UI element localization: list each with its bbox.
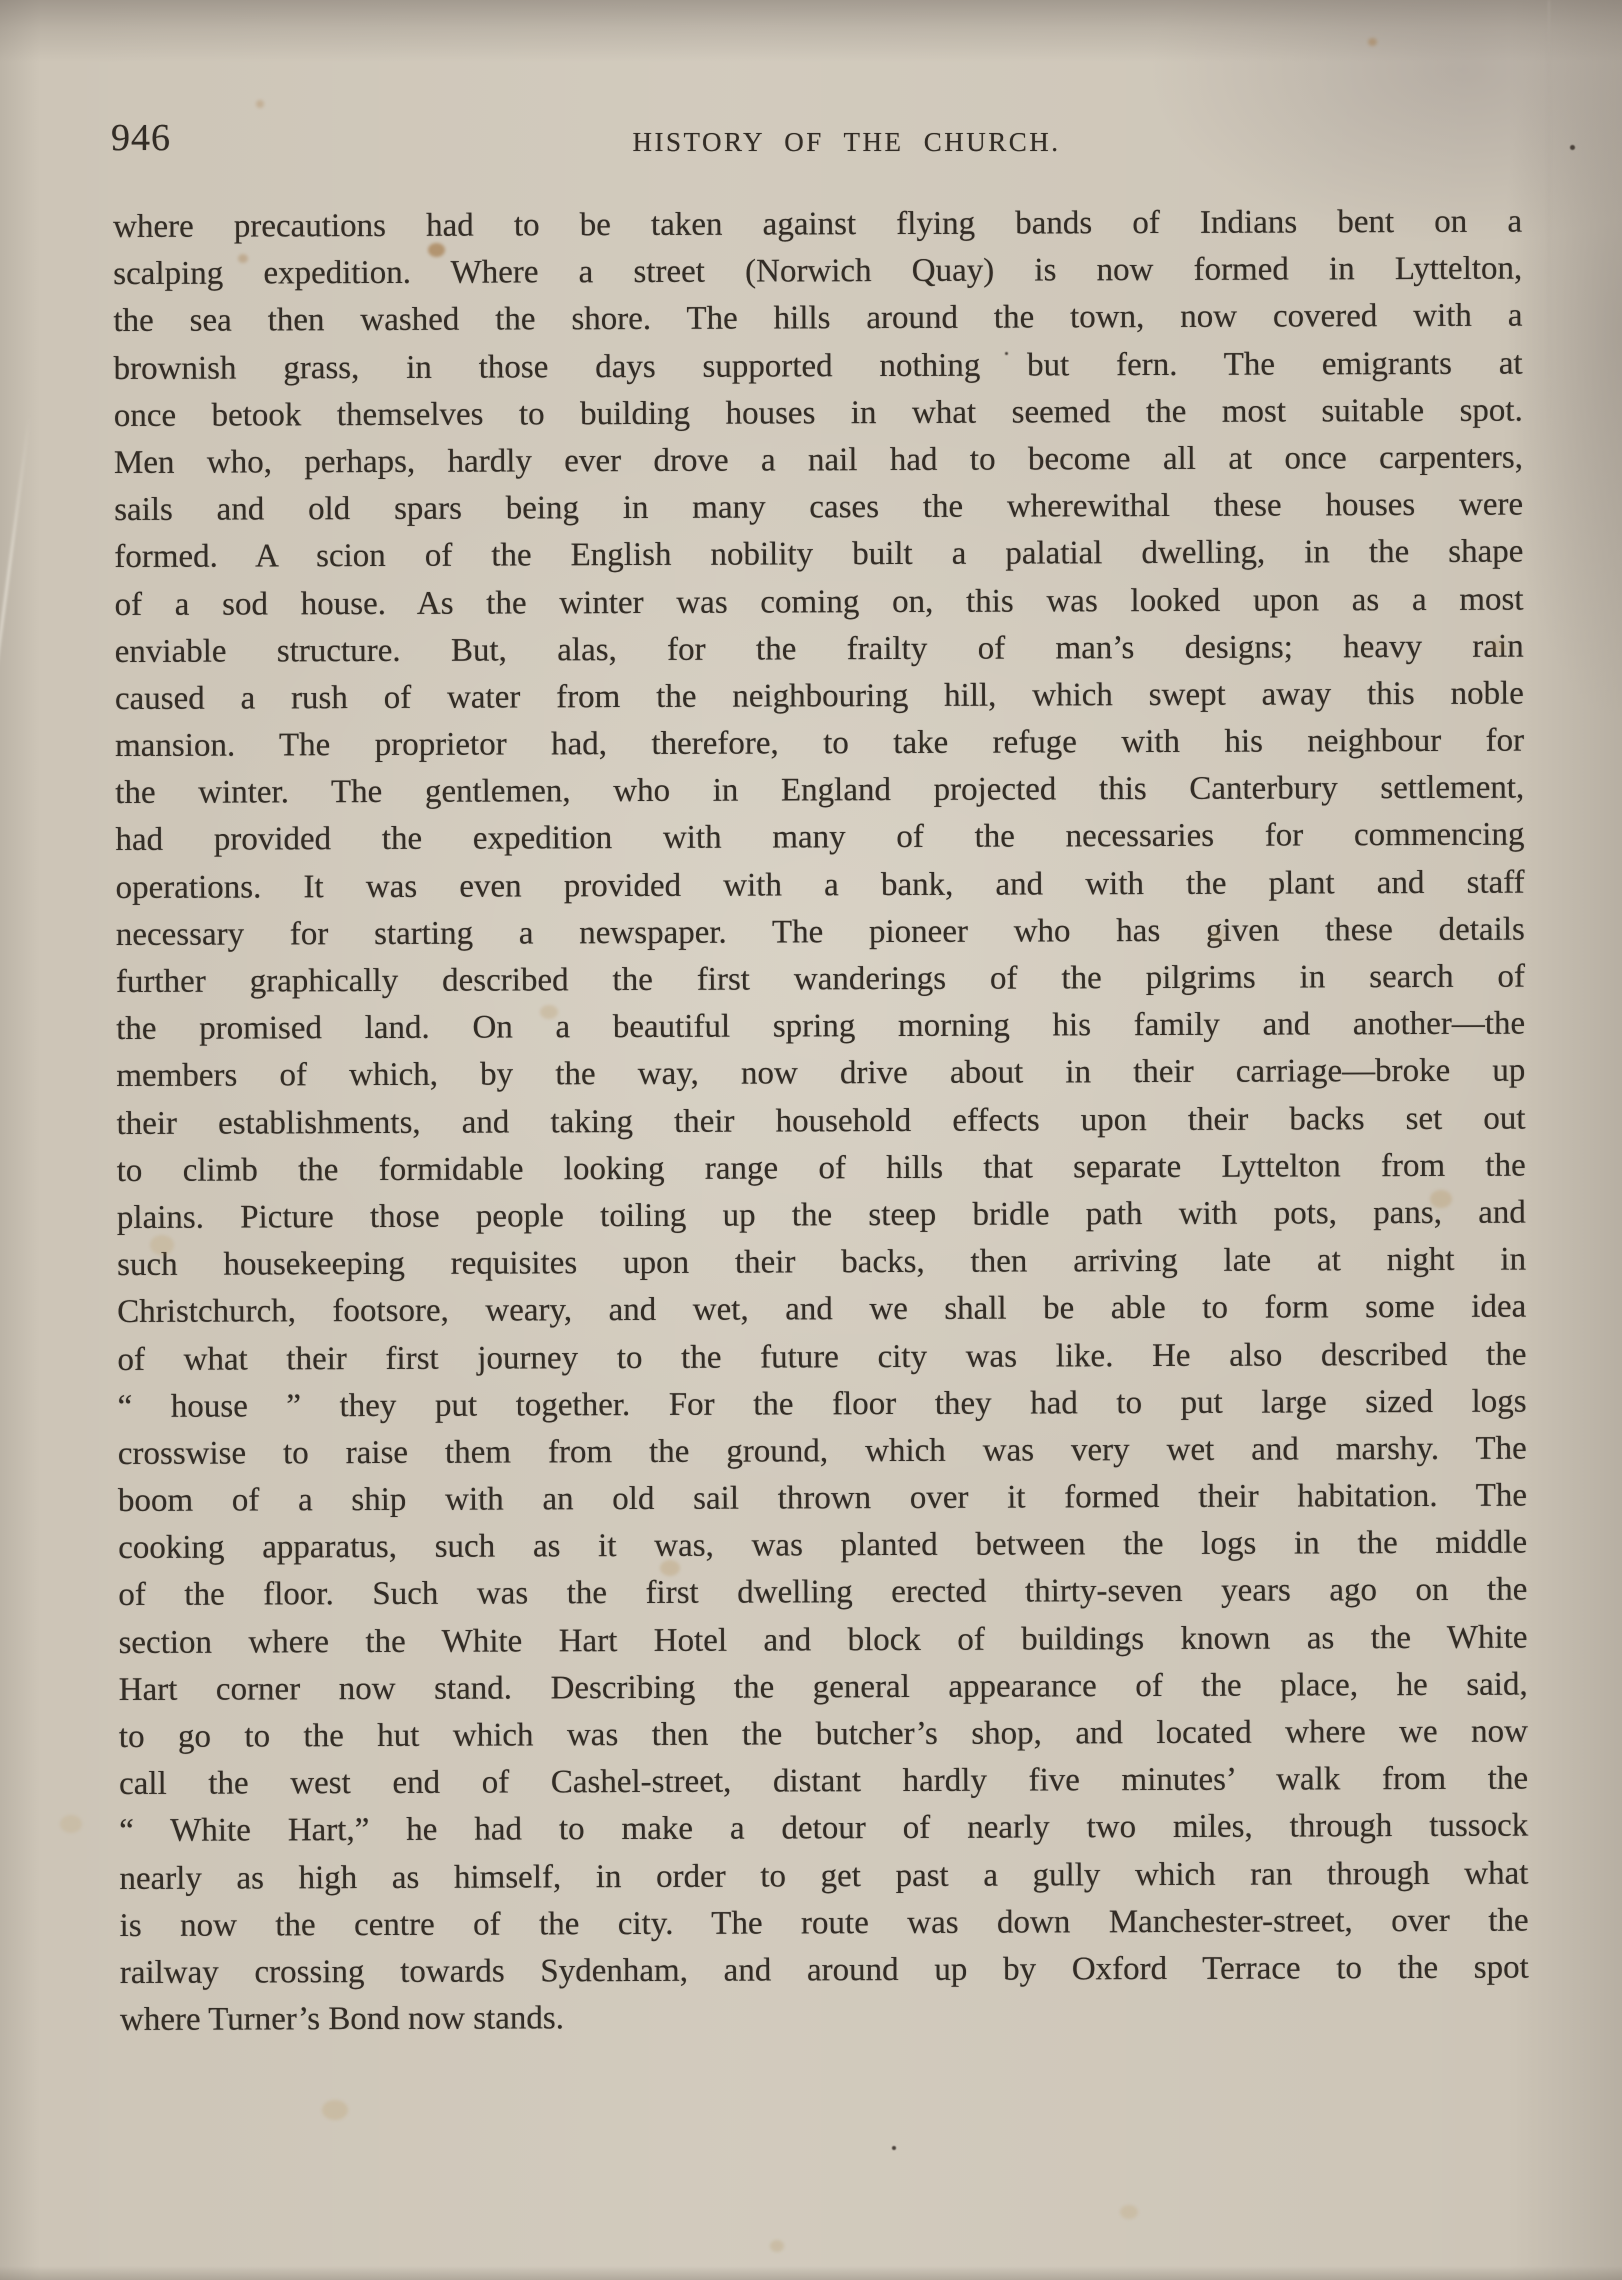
body-text: where precautions had to be taken agains… — [113, 199, 1529, 2045]
text-line: is now the centre of the city. The route… — [120, 1897, 1529, 1950]
text-line: of a sod house. As the winter was coming… — [114, 576, 1523, 629]
text-line: Christchurch, footsore, weary, and wet, … — [117, 1284, 1526, 1337]
foxing-spot — [770, 2240, 784, 2252]
foxing-spot — [322, 2100, 348, 2120]
text-line: such housekeeping requisites upon their … — [117, 1237, 1526, 1290]
text-line: scalping expedition. Where a street (Nor… — [113, 246, 1522, 299]
text-line: members of which, by the way, now drive … — [116, 1048, 1525, 1101]
text-line: plains. Picture those people toiling up … — [117, 1190, 1526, 1243]
text-line: of what their first journey to the futur… — [117, 1331, 1526, 1384]
text-line: “ house ” they put together. For the flo… — [118, 1378, 1527, 1431]
text-line: brownish grass, in those days supported … — [114, 340, 1523, 393]
text-line: where precautions had to be taken agains… — [113, 199, 1522, 252]
text-line: mansion. The proprietor had, therefore, … — [115, 718, 1524, 771]
text-line: once betook themselves to building house… — [114, 387, 1523, 440]
text-line: nearly as high as himself, in order to g… — [119, 1850, 1528, 1903]
foxing-spot — [60, 1815, 82, 1833]
foxing-spot — [1120, 2205, 1138, 2219]
text-line: caused a rush of water from the neighbou… — [115, 670, 1524, 723]
foxing-spot — [256, 100, 264, 108]
text-line: formed. A scion of the English nobility … — [114, 529, 1523, 582]
text-line: their establishments, and taking their h… — [116, 1095, 1525, 1148]
text-line: necessary for starting a newspaper. The … — [116, 906, 1525, 959]
text-line: the promised land. On a beautiful spring… — [116, 1001, 1525, 1054]
text-line: Hart corner now stand. Describing the ge… — [119, 1661, 1528, 1714]
ink-speck — [892, 2146, 896, 2150]
paper-crease — [0, 415, 31, 1278]
text-line: further graphically described the first … — [116, 954, 1525, 1007]
ink-speck — [1570, 145, 1575, 150]
text-line: to go to the hut which was then the butc… — [119, 1709, 1528, 1762]
book-page: 946 HISTORY OF THE CHURCH. where precaut… — [0, 0, 1622, 2280]
text-line: call the west end of Cashel-street, dist… — [119, 1756, 1528, 1809]
text-line: crosswise to raise them from the ground,… — [118, 1425, 1527, 1478]
text-line: enviable structure. But, alas, for the f… — [115, 623, 1524, 676]
foxing-spot — [1368, 38, 1377, 46]
text-line: cooking apparatus, such as it was, was p… — [118, 1520, 1527, 1573]
text-line: boom of a ship with an old sail thrown o… — [118, 1473, 1527, 1526]
text-line: where Turner’s Bond now stands. — [120, 1992, 1529, 2045]
running-header: HISTORY OF THE CHURCH. — [113, 127, 1522, 158]
text-line: “ White Hart,” he had to make a detour o… — [119, 1803, 1528, 1856]
text-line: operations. It was even provided with a … — [116, 859, 1525, 912]
text-line: to climb the formidable looking range of… — [117, 1142, 1526, 1195]
text-line: the winter. The gentlemen, who in Englan… — [115, 765, 1524, 818]
text-line: had provided the expedition with many of… — [115, 812, 1524, 865]
text-line: section where the White Hart Hotel and b… — [118, 1614, 1527, 1667]
paper-crease — [1548, 0, 1550, 430]
text-line: sails and old spars being in many cases … — [114, 482, 1523, 535]
text-line: railway crossing towards Sydenham, and a… — [120, 1945, 1529, 1998]
text-line: of the floor. Such was the first dwellin… — [118, 1567, 1527, 1620]
text-line: Men who, perhaps, hardly ever drove a na… — [114, 435, 1523, 488]
text-line: the sea then washed the shore. The hills… — [113, 293, 1522, 346]
